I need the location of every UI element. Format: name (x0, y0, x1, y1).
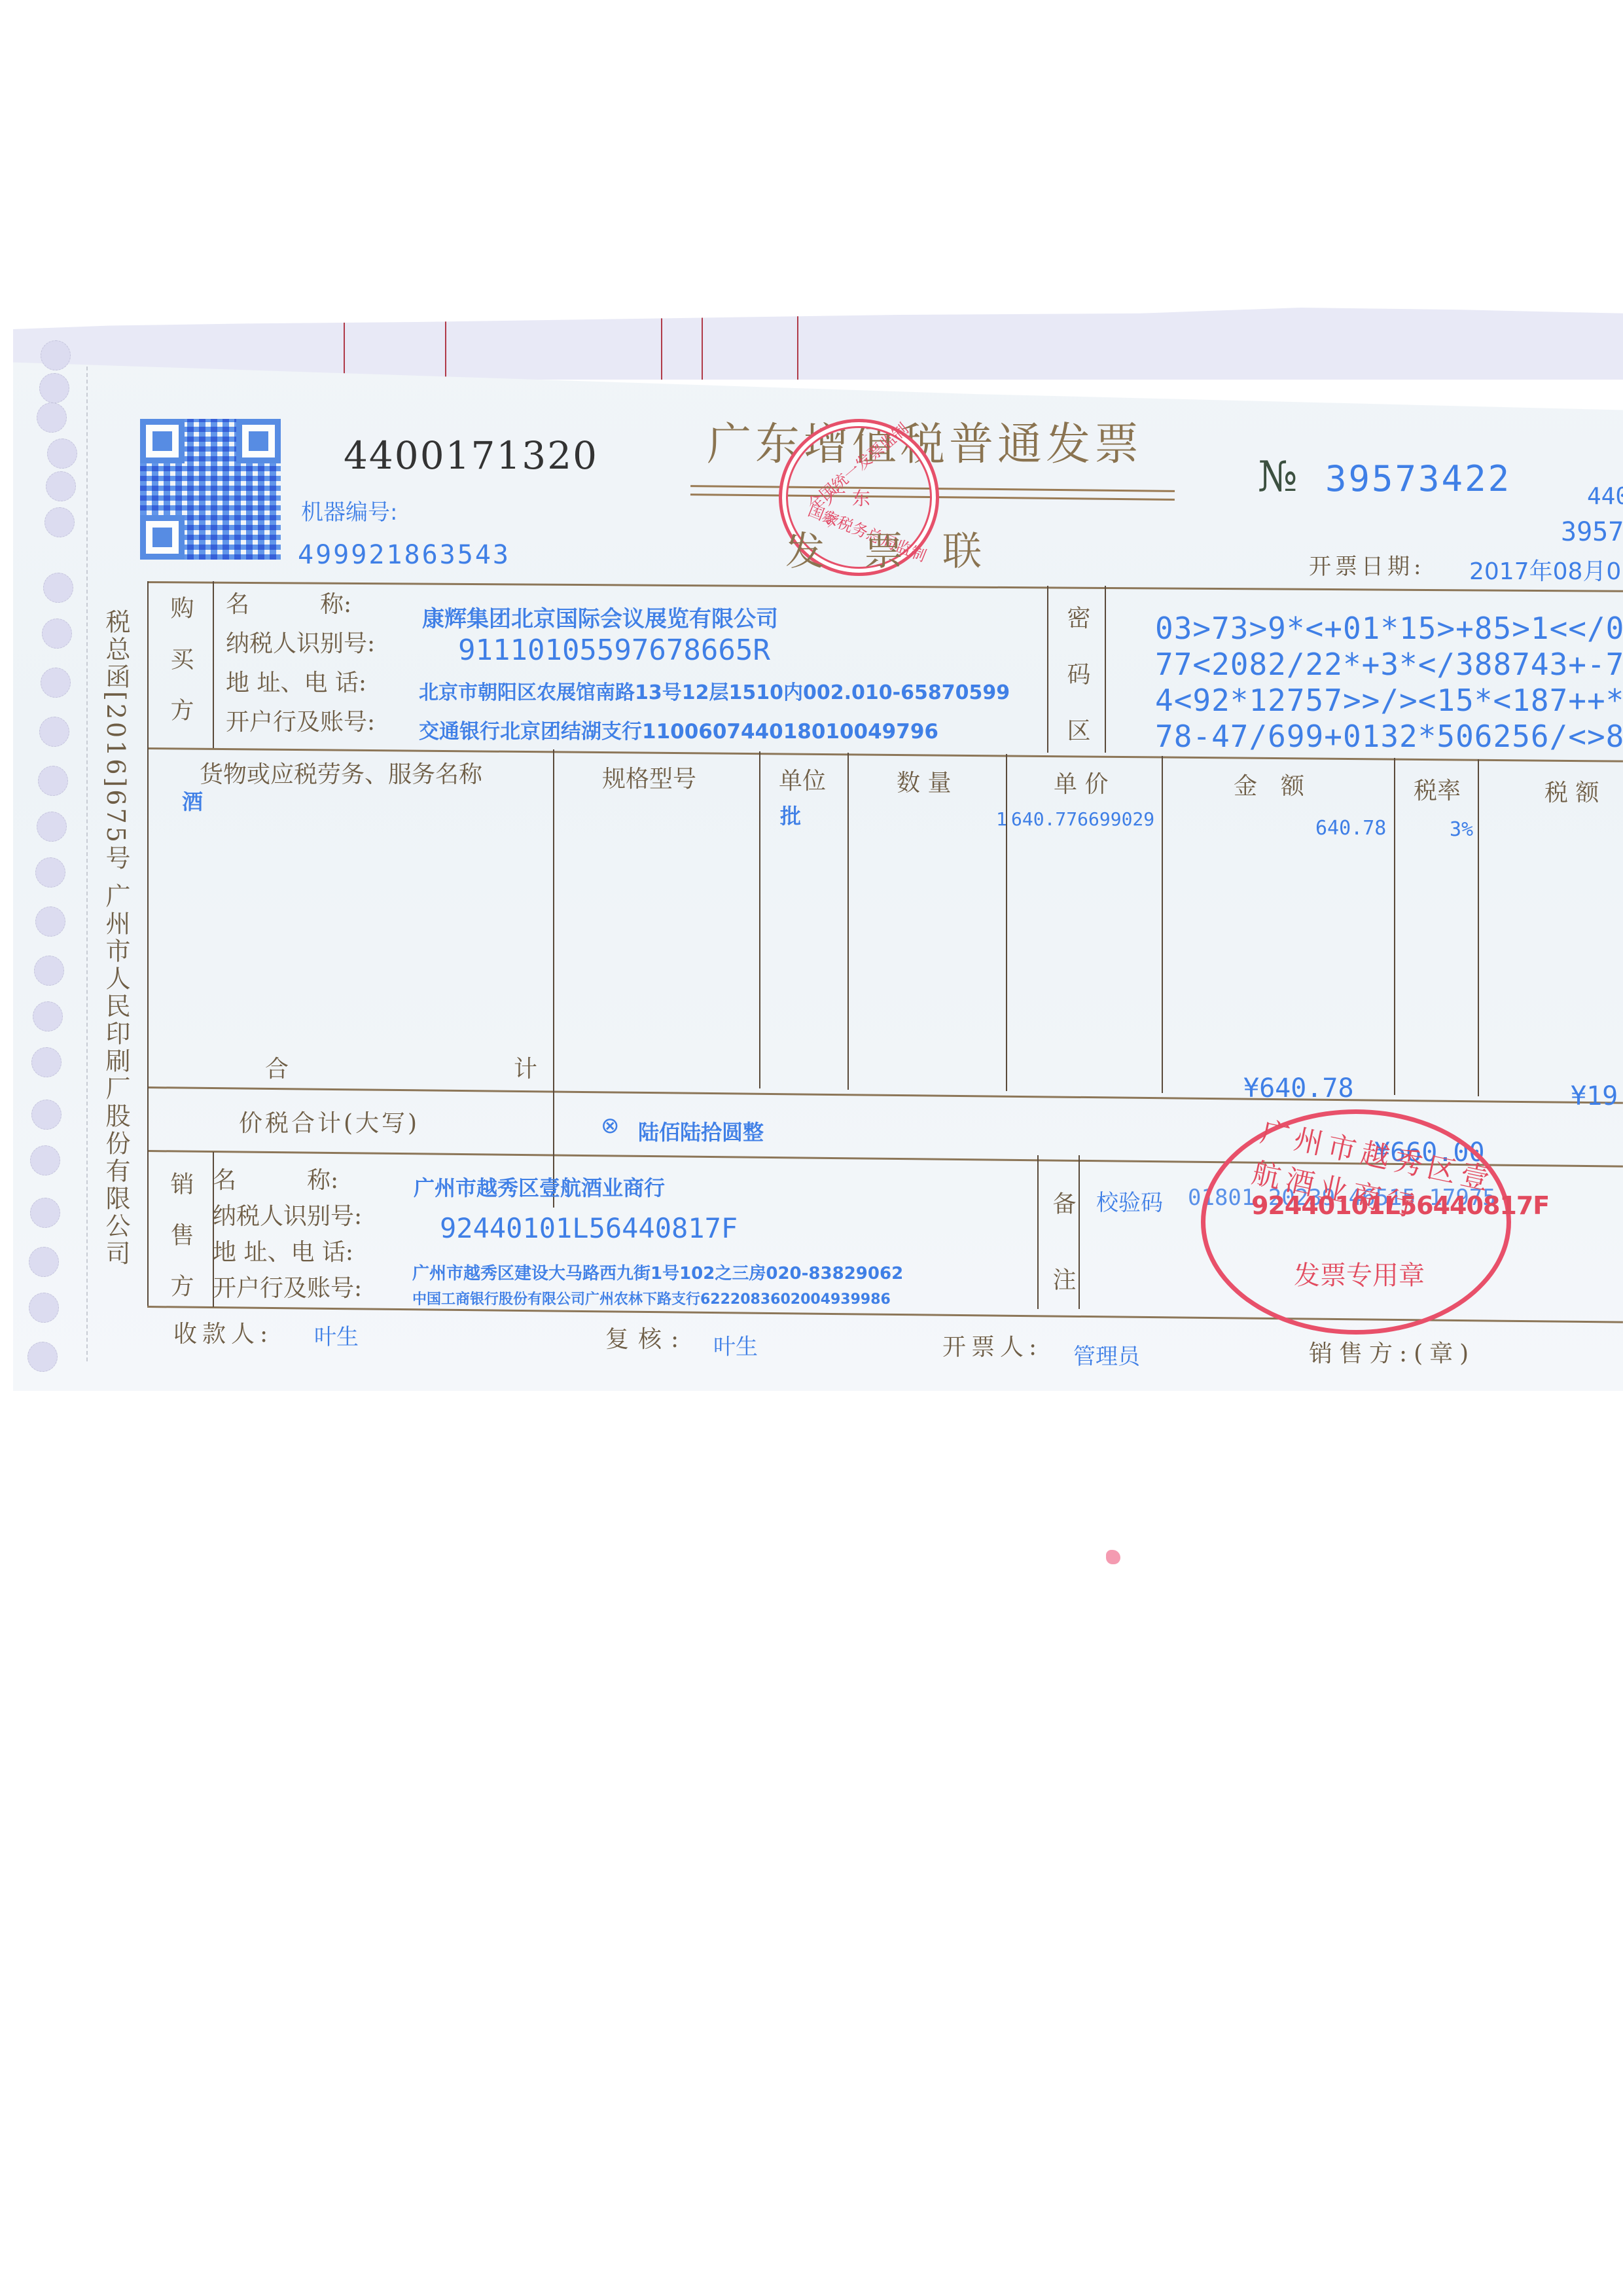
printer-info: 税总函[2016]675号 广州市人民印刷厂股份有限公司 (98, 609, 134, 1268)
seller-tax-id-label: 纳税人识别号: (213, 1198, 362, 1231)
item-name: 酒 (182, 785, 203, 816)
feed-hole (37, 403, 67, 433)
torn-carbon-strip (13, 308, 1623, 380)
seller-invoice-stamp: 广州市越秀区壹航酒业商行 92440101L56440817F 发票专用章 (1201, 1109, 1511, 1335)
seller-bank-label: 开户行及账号: (213, 1270, 362, 1303)
cipher-left-border (1047, 586, 1048, 753)
strip-divider (797, 308, 798, 380)
strip-divider (661, 308, 662, 380)
circle-x-icon: ⊗ (601, 1113, 620, 1139)
qr-code (140, 419, 281, 560)
seller-name: 广州市越秀区壹航酒业商行 (414, 1172, 665, 1202)
buyer-tax-id-label: 纳税人识别号: (226, 625, 375, 658)
ink-speck (1106, 1550, 1120, 1564)
item-quantity: 1 (996, 808, 1007, 830)
cipher-label-divider (1105, 586, 1106, 753)
feed-hole (35, 857, 65, 888)
feed-hole (30, 1198, 60, 1228)
item-amount: 640.78 (1315, 817, 1386, 840)
feed-hole (29, 1293, 59, 1323)
issuer: 管理员 (1073, 1338, 1140, 1371)
feed-hole (35, 906, 65, 937)
invoice-number: 39573422 (1325, 458, 1511, 499)
remarks-section-label: 备注 (1046, 1191, 1079, 1343)
col-divider-spec (553, 749, 554, 1208)
cipher-line: 03>73>9*<+01*15>+85>1<</0+ (1155, 611, 1623, 646)
col-divider-amount (1162, 756, 1163, 1093)
feed-hole (45, 507, 75, 537)
strip-divider (445, 308, 446, 380)
number-symbol: № (1258, 453, 1298, 501)
seller-section-label: 销售方 (164, 1172, 197, 1325)
buyer-address-label: 地 址、电 话: (226, 664, 366, 698)
seller-seal-label: 销售方:(章) (1309, 1335, 1475, 1369)
cipher-line: 77<2082/22*+3*</388743+-78 (1155, 647, 1623, 682)
grand-total-label: 价税合计(大写) (239, 1105, 419, 1138)
feed-hole (41, 668, 71, 698)
feed-hole (30, 1145, 60, 1175)
invoice-code-duplicate: 440 (1587, 483, 1623, 510)
qr-finder (140, 419, 185, 463)
machine-number-label: 机器编号: (301, 494, 397, 526)
col-divider-price (1006, 754, 1007, 1091)
total-tax: ¥19 (1571, 1081, 1618, 1111)
col-divider-qty (847, 753, 849, 1090)
seller-bank-account: 中国工商银行股份有限公司广州农林下路支行6222083602004939986 (412, 1288, 891, 1308)
reviewer-label: 复核: (605, 1321, 688, 1354)
issuer-label: 开票人: (942, 1329, 1042, 1362)
perforation-line (86, 367, 88, 1361)
invoice-code: 4400171320 (344, 433, 598, 478)
feed-hole (39, 373, 69, 403)
buyer-section-label: 购买方 (164, 596, 197, 749)
seller-name-label: 名 称: (213, 1162, 338, 1195)
total-amount: ¥640.78 (1243, 1073, 1354, 1103)
header-item-name: 货物或应税劳务、服务名称 (200, 756, 482, 789)
feed-hole (42, 619, 72, 649)
item-unit-price: 640.776699029 (1011, 808, 1154, 830)
buyer-bank-account: 交通银行北京团结湖支行110060744018010049796 (419, 715, 938, 744)
issue-date-label: 开票日期: (1309, 548, 1425, 581)
header-tax-rate: 税率 (1414, 772, 1461, 806)
feed-hole (31, 1100, 62, 1130)
header-tax: 税 额 (1544, 774, 1599, 808)
cipher-section-label: 密码区 (1060, 605, 1094, 774)
feed-hole (34, 956, 64, 986)
table-left-border (147, 581, 149, 1306)
seller-stamp-label: 发票专用章 (1294, 1255, 1425, 1292)
cipher-line: 4<92*12757>>/><15*<187++*7 (1155, 683, 1623, 718)
reviewer: 叶生 (713, 1329, 758, 1361)
buyer-bank-label: 开户行及账号: (226, 704, 375, 737)
seller-address-label: 地 址、电 话: (213, 1234, 353, 1267)
qr-finder (236, 419, 281, 463)
qr-finder (140, 515, 185, 560)
buyer-label-divider (213, 581, 214, 748)
issue-date: 2017年08月0 (1469, 553, 1621, 586)
buyer-address-phone: 北京市朝阳区农展馆南路13号12层1510内002.010-65870599 (419, 676, 1010, 705)
copy-name: 发票联 (785, 520, 1021, 577)
feed-hole (37, 812, 67, 842)
buyer-tax-id: 91110105597678665R (458, 634, 770, 667)
feed-hole (47, 439, 77, 469)
feed-hole (31, 1047, 62, 1077)
strip-divider (344, 308, 345, 380)
grand-total-in-words: 陆佰陆拾圆整 (638, 1116, 764, 1146)
col-divider-rate (1394, 758, 1395, 1095)
buyer-name-label: 名 称: (226, 586, 351, 619)
feed-hole (33, 1001, 63, 1031)
feed-hole (46, 471, 76, 501)
cipher-line: 78-47/699+0132*506256/<>81 (1155, 719, 1623, 754)
strip-divider (702, 308, 703, 380)
seller-tax-id: 92440101L56440817F (440, 1212, 738, 1244)
feed-hole (29, 1247, 59, 1277)
item-tax-rate: 3% (1450, 818, 1473, 841)
payee: 叶生 (314, 1319, 359, 1351)
feed-hole (39, 717, 69, 747)
col-divider-tax (1478, 759, 1479, 1096)
check-code-label: 校验码 (1096, 1185, 1163, 1217)
header-amount: 金 额 (1234, 768, 1304, 801)
feed-hole (43, 573, 73, 603)
feed-hole (27, 1342, 58, 1372)
col-divider-unit (759, 751, 760, 1088)
payee-label: 收款人: (173, 1316, 273, 1349)
header-unit-price: 单 价 (1054, 766, 1108, 799)
seller-address-phone: 广州市越秀区建设大马路西九街1号102之三房020-83829062 (412, 1260, 903, 1284)
header-spec: 规格型号 (602, 761, 696, 794)
buyer-name: 康辉集团北京国际会议展览有限公司 (422, 601, 778, 633)
remarks-left-border (1037, 1155, 1039, 1309)
feed-hole (38, 766, 68, 796)
seller-stamp-tax-id: 92440101L56440817F (1251, 1191, 1549, 1220)
header-quantity: 数 量 (897, 764, 951, 798)
invoice-number-duplicate: 3957 (1561, 517, 1623, 547)
machine-number: 499921863543 (298, 540, 510, 570)
feed-hole (41, 340, 71, 370)
item-unit: 批 (780, 800, 801, 830)
total-label: 合 计 (265, 1050, 563, 1084)
header-unit: 单位 (779, 762, 826, 796)
